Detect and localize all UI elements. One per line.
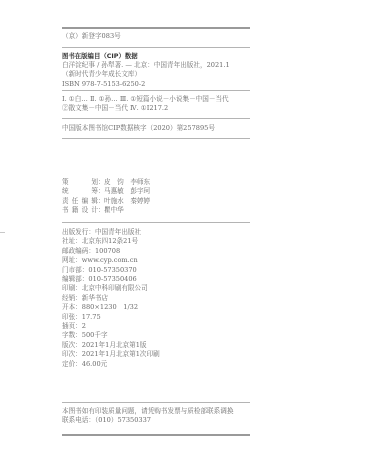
cip-line: ISBN 978-7-5153-6250-2 (62, 80, 252, 89)
divider (62, 222, 250, 223)
publication-line: 开本：880×1230 1/32 (62, 303, 252, 312)
classification-block: Ⅰ. ①白… Ⅱ. ①孙… Ⅲ. ①短篇小说－小说集－中国－当代 ②散文集－中国… (62, 95, 252, 113)
publication-line: 出版发行：中国青年出版社 (62, 228, 252, 237)
cip-line: （新时代青少年成长文库） (62, 70, 252, 79)
copyright-page: （京）新登字083号 图书在版编目（CIP）数据 白洋淀纪事 / 孙犁著. — … (0, 0, 375, 458)
staff-row: 书籍设计： 瞿中华 (62, 206, 150, 215)
staff-row: 责任编辑： 叶施水 秦婷婷 (62, 197, 150, 206)
publication-line: 经销：新华书店 (62, 294, 252, 303)
publication-line: 网址：www.cyp.com.cn (62, 256, 252, 265)
cip-number: 中国版本图书馆CIP数据核字（2020）第257895号 (62, 124, 252, 133)
staff-label: 策 划 (62, 178, 98, 187)
staff-row: 策 划： 皮 钧 李师东 (62, 178, 150, 187)
classification-line: Ⅰ. ①白… Ⅱ. ①孙… Ⅲ. ①短篇小说－小说集－中国－当代 (62, 95, 252, 104)
divider (62, 90, 250, 91)
publication-line: 印张：17.75 (62, 313, 252, 322)
publication-line: 门市部：010-57350370 (62, 266, 252, 275)
publication-info: 出版发行：中国青年出版社 社址：北京东四12条21号 邮政编码：100708 网… (62, 228, 252, 369)
staff-label: 统 筹 (62, 187, 98, 196)
publication-line: 印刷：北京中科印刷有限公司 (62, 284, 252, 293)
divider (62, 402, 250, 403)
publication-line: 邮政编码：100708 (62, 247, 252, 256)
quality-notice: 本图书如有印装质量问题，请凭购书发票与质检部联系调换 联系电话：（010）573… (62, 407, 252, 425)
publication-line: 定价：46.00元 (62, 360, 252, 369)
staff-label: 书籍设计 (62, 206, 98, 215)
divider (62, 138, 250, 139)
publication-line: 字数：500千字 (62, 331, 252, 340)
cip-block: 图书在版编目（CIP）数据 白洋淀纪事 / 孙犁著. — 北京：中国青年出版社，… (62, 52, 252, 89)
registration-number: （京）新登字083号 (62, 32, 252, 41)
top-rule (62, 27, 250, 29)
staff-value: 叶施水 秦婷婷 (104, 197, 150, 206)
publication-line: 印次：2021年1月北京第1次印刷 (62, 350, 252, 359)
staff-row: 统 筹： 马惠敏 彭宇珂 (62, 187, 150, 196)
staff-value: 皮 钧 李师东 (104, 178, 150, 187)
notice-line: 本图书如有印装质量问题，请凭购书发票与质检部联系调换 (62, 407, 252, 416)
staff-credits: 策 划： 皮 钧 李师东 统 筹： 马惠敏 彭宇珂 责任编辑： 叶施水 秦婷婷 … (62, 178, 150, 215)
margin-mark (0, 232, 5, 233)
divider (62, 47, 250, 48)
classification-line: ②散文集－中国－当代 Ⅳ. ①I217.2 (62, 104, 252, 113)
staff-value: 瞿中华 (104, 206, 124, 215)
notice-line: 联系电话：（010）57350337 (62, 416, 252, 425)
bottom-rule (62, 434, 250, 436)
cip-heading: 图书在版编目（CIP）数据 (62, 52, 252, 61)
divider (62, 118, 250, 119)
publication-line: 社址：北京东四12条21号 (62, 237, 252, 246)
publication-line: 版次：2021年1月北京第1版 (62, 341, 252, 350)
staff-value: 马惠敏 彭宇珂 (104, 187, 150, 196)
staff-label: 责任编辑 (62, 197, 98, 206)
